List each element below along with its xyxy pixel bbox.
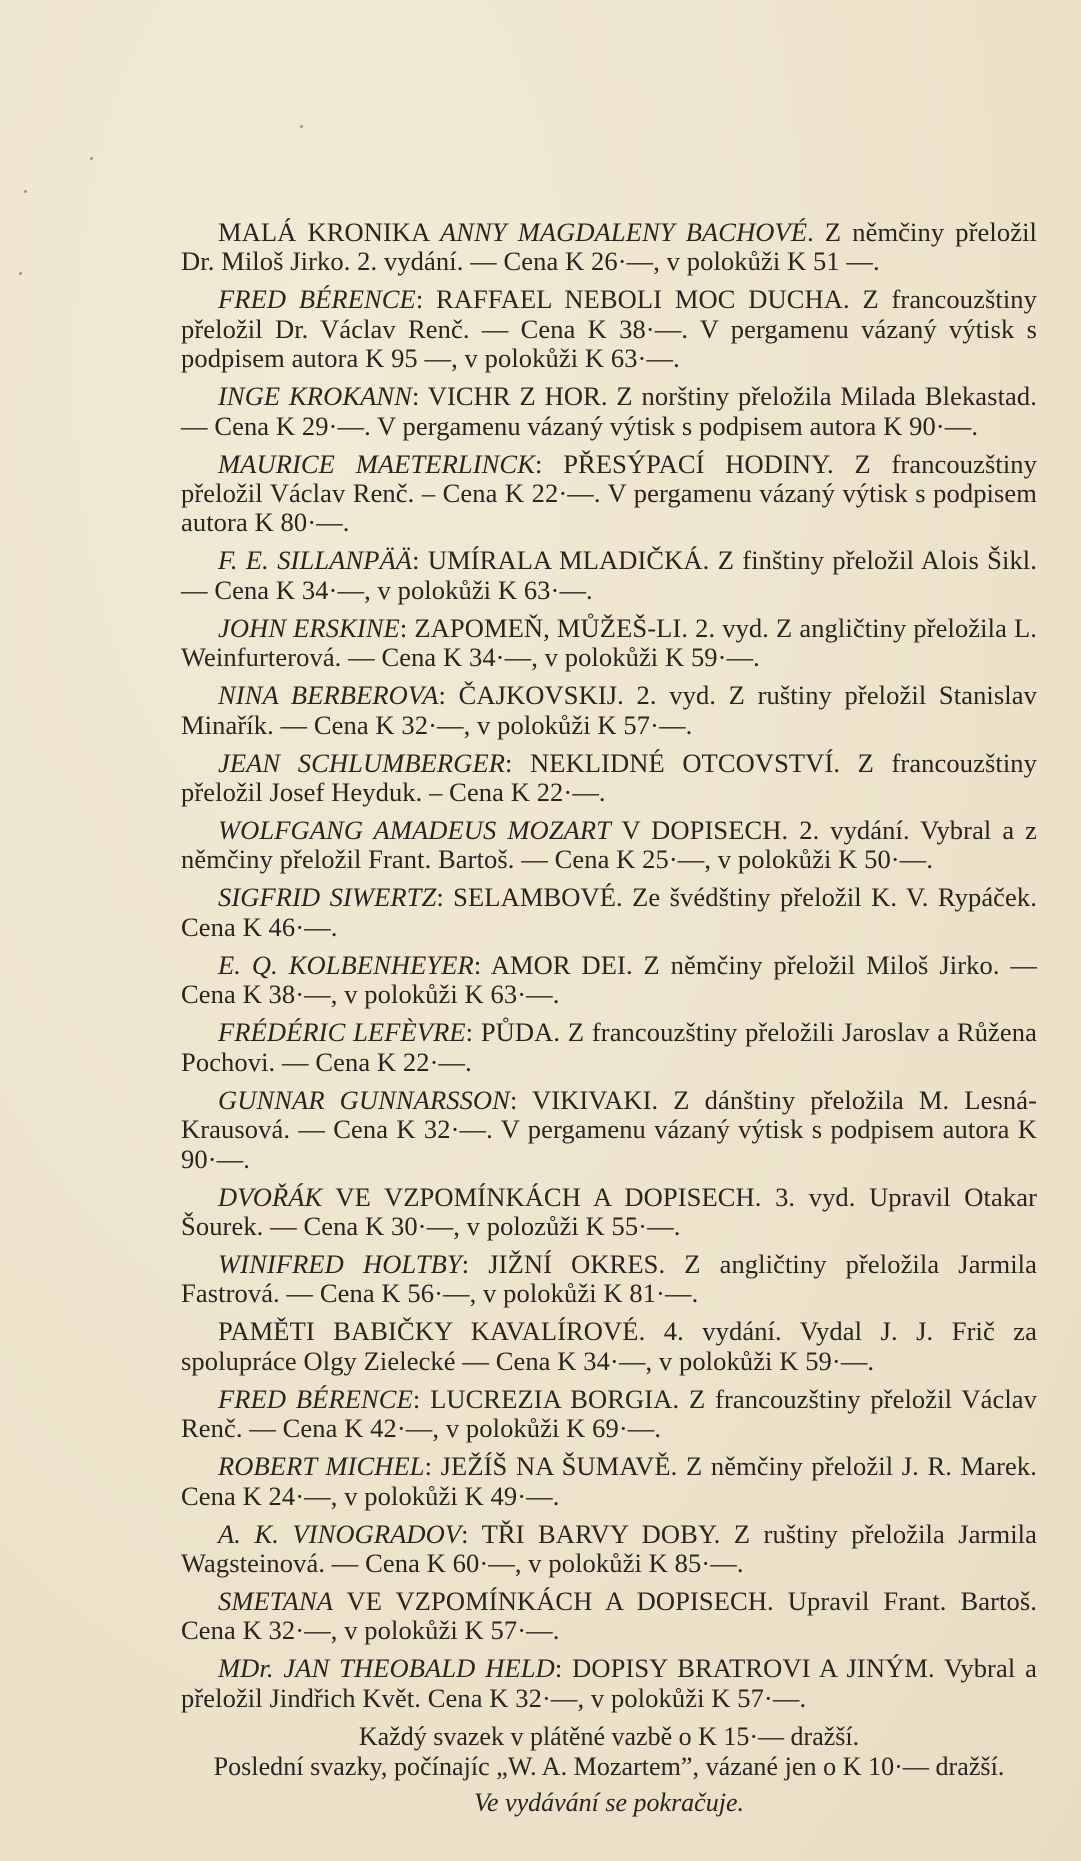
paper-speck <box>300 125 303 128</box>
catalog-entries: MALÁ KRONIKA ANNY MAGDALENY BACHOVÉ. Z n… <box>181 218 1037 1713</box>
catalog-entry: FRED BÉRENCE: RAFFAEL NEBOLI MOC DUCHA. … <box>181 285 1037 373</box>
entry-separator <box>322 1182 335 1212</box>
recent-volumes-note: Poslední svazky, počínajíc „W. A. Mozart… <box>181 1752 1037 1782</box>
entry-author: DVOŘÁK <box>218 1182 322 1212</box>
entry-separator: : <box>462 1249 489 1279</box>
entry-title: UMÍRALA MLADIČKÁ. <box>428 545 710 575</box>
paper-speck <box>19 272 22 275</box>
entry-separator <box>611 815 621 845</box>
catalog-entry: MDr. JAN THEOBALD HELD: DOPISY BRATROVI … <box>181 1654 1037 1713</box>
entry-title: V DOPISECH. <box>621 815 788 845</box>
catalog-entry: FRÉDÉRIC LEFÈVRE: PŮDA. Z francouzštiny … <box>181 1018 1037 1077</box>
entry-author: SMETANA <box>218 1586 333 1616</box>
entry-author: F. E. SILLANPÄÄ <box>218 545 412 575</box>
entry-title: PŮDA. <box>481 1017 560 1047</box>
entry-separator: : <box>461 1519 481 1549</box>
binding-price-note: Každý svazek v plátěné vazbě o K 15·— dr… <box>181 1722 1037 1752</box>
entry-title: PŘESÝPACÍ HODINY. <box>563 449 834 479</box>
entry-author: MAURICE MAETERLINCK <box>218 449 535 479</box>
entry-separator: : <box>413 1384 430 1414</box>
entry-author: NINA BERBEROVA <box>218 680 439 710</box>
entry-separator: : <box>466 1017 481 1047</box>
catalog-entry: FRED BÉRENCE: LUCREZIA BORGIA. Z francou… <box>181 1385 1037 1444</box>
continuation-note: Ve vydávání se pokračuje. <box>181 1788 1037 1818</box>
entry-separator: : <box>505 748 530 778</box>
entry-separator: : <box>400 613 415 643</box>
entry-separator <box>333 1586 346 1616</box>
entry-separator: : <box>425 1451 441 1481</box>
catalog-entry: DVOŘÁK VE VZPOMÍNKÁCH A DOPISECH. 3. vyd… <box>181 1183 1037 1242</box>
book-catalog-page: MALÁ KRONIKA ANNY MAGDALENY BACHOVÉ. Z n… <box>181 218 1037 1818</box>
entry-author: JEAN SCHLUMBERGER <box>218 748 505 778</box>
entry-title: ČAJKOVSKIJ. <box>459 680 624 710</box>
catalog-entry: E. Q. KOLBENHEYER: AMOR DEI. Z němčiny p… <box>181 951 1037 1010</box>
entry-title: DOPISY BRATROVI A JINÝM. <box>572 1653 935 1683</box>
entry-title: VIKIVAKI. <box>532 1085 658 1115</box>
entry-separator: : <box>436 882 453 912</box>
entry-prefix: MALÁ KRONIKA <box>218 217 440 247</box>
entry-author: A. K. VINOGRADOV <box>218 1519 461 1549</box>
entry-separator: . <box>807 217 814 247</box>
entry-author: FRÉDÉRIC LEFÈVRE <box>218 1017 466 1047</box>
entry-title: JEŽÍŠ NA ŠUMAVĚ. <box>441 1451 678 1481</box>
entry-author: E. Q. KOLBENHEYER <box>218 950 474 980</box>
catalog-entry: INGE KROKANN: VICHR Z HOR. Z norštiny př… <box>181 382 1037 441</box>
entry-separator: : <box>535 449 563 479</box>
catalog-entry: ROBERT MICHEL: JEŽÍŠ NA ŠUMAVĚ. Z němčin… <box>181 1452 1037 1511</box>
entry-author: ANNY MAGDALENY BACHOVÉ <box>440 217 807 247</box>
entry-separator: : <box>510 1085 532 1115</box>
entry-author: FRED BÉRENCE <box>218 1384 413 1414</box>
entry-prefix: PAMĚTI BABIČKY KAVALÍROVÉ. <box>218 1316 645 1346</box>
entry-separator: : <box>412 545 428 575</box>
entry-title: VE VZPOMÍNKÁCH A DOPISECH. <box>335 1182 761 1212</box>
entry-author: INGE KROKANN <box>218 381 412 411</box>
entry-author: SIGFRID SIWERTZ <box>218 882 436 912</box>
catalog-entry: WINIFRED HOLTBY: JIŽNÍ OKRES. Z angličti… <box>181 1250 1037 1309</box>
catalog-entry: MAURICE MAETERLINCK: PŘESÝPACÍ HODINY. Z… <box>181 450 1037 538</box>
catalog-entry: SMETANA VE VZPOMÍNKÁCH A DOPISECH. Uprav… <box>181 1587 1037 1646</box>
entry-separator: : <box>555 1653 572 1683</box>
entry-author: MDr. JAN THEOBALD HELD <box>218 1653 555 1683</box>
entry-separator: : <box>416 284 436 314</box>
entry-title: NEKLIDNÉ OTCOVSTVÍ. <box>530 748 840 778</box>
entry-title: ZAPOMEŇ, MŮŽEŠ-LI. <box>414 613 688 643</box>
catalog-entry: SIGFRID SIWERTZ: SELAMBOVÉ. Ze švédštiny… <box>181 883 1037 942</box>
entry-author: WINIFRED HOLTBY <box>218 1249 462 1279</box>
catalog-entry: JEAN SCHLUMBERGER: NEKLIDNÉ OTCOVSTVÍ. Z… <box>181 749 1037 808</box>
entry-author: GUNNAR GUNNARSSON <box>218 1085 510 1115</box>
entry-title: AMOR DEI. <box>491 950 633 980</box>
catalog-entry: F. E. SILLANPÄÄ: UMÍRALA MLADIČKÁ. Z fin… <box>181 546 1037 605</box>
entry-author: JOHN ERSKINE <box>218 613 400 643</box>
catalog-entry: GUNNAR GUNNARSSON: VIKIVAKI. Z dánštiny … <box>181 1086 1037 1174</box>
entry-title: TŘI BARVY DOBY. <box>482 1519 721 1549</box>
entry-title: VE VZPOMÍNKÁCH A DOPISECH. <box>347 1586 774 1616</box>
paper-speck <box>24 190 27 193</box>
entry-title: SELAMBOVÉ. <box>453 882 623 912</box>
paper-speck <box>90 157 93 160</box>
entry-title: LUCREZIA BORGIA. <box>430 1384 679 1414</box>
entry-author: WOLFGANG AMADEUS MOZART <box>218 815 611 845</box>
entry-author: ROBERT MICHEL <box>218 1451 425 1481</box>
entry-author: FRED BÉRENCE <box>218 284 416 314</box>
entry-separator: : <box>412 381 428 411</box>
entry-title: RAFFAEL NEBOLI MOC DUCHA. <box>436 284 850 314</box>
catalog-entry: PAMĚTI BABIČKY KAVALÍROVÉ. 4. vydání. Vy… <box>181 1317 1037 1376</box>
catalog-entry: JOHN ERSKINE: ZAPOMEŇ, MŮŽEŠ-LI. 2. vyd.… <box>181 614 1037 673</box>
entry-separator: : <box>439 680 459 710</box>
catalog-entry: A. K. VINOGRADOV: TŘI BARVY DOBY. Z rušt… <box>181 1520 1037 1579</box>
catalog-entry: NINA BERBEROVA: ČAJKOVSKIJ. 2. vyd. Z ru… <box>181 681 1037 740</box>
catalog-entry: MALÁ KRONIKA ANNY MAGDALENY BACHOVÉ. Z n… <box>181 218 1037 277</box>
entry-separator: : <box>474 950 491 980</box>
entry-title: JIŽNÍ OKRES. <box>488 1249 665 1279</box>
entry-title: VICHR Z HOR. <box>428 381 608 411</box>
catalog-entry: WOLFGANG AMADEUS MOZART V DOPISECH. 2. v… <box>181 816 1037 875</box>
